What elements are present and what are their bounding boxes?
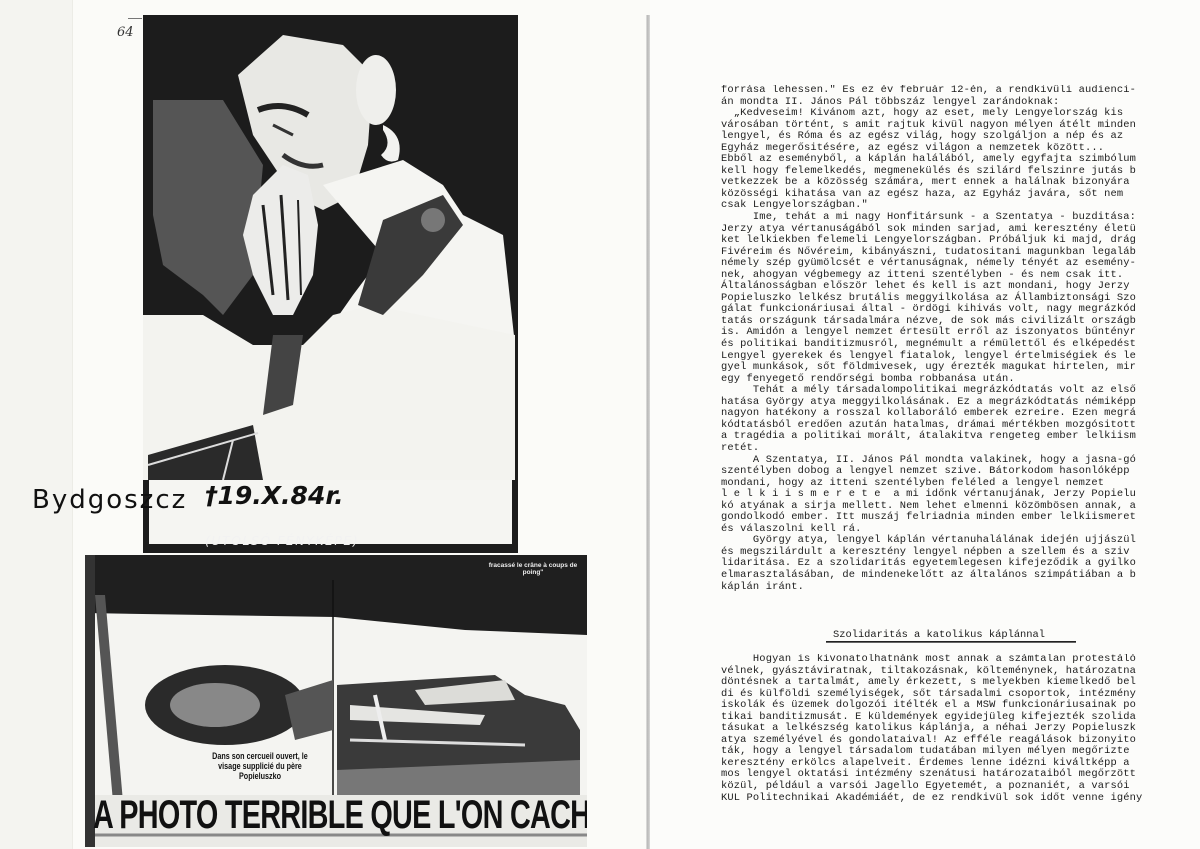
caption-city: Bydgoszcz bbox=[32, 485, 187, 515]
text-line: KUL Politechnikai Akadémiáét, de ez rend… bbox=[721, 793, 1200, 805]
body-text-part1: forrása lehessen." És ez év február 12-é… bbox=[721, 85, 1200, 593]
text-line: közül, például a varsói Jagello Egyetemé… bbox=[721, 781, 1200, 793]
text-line: döntésnek a tartalmát, amely érkezett, s… bbox=[721, 677, 1200, 689]
text-line: káplán iránt. bbox=[721, 582, 1200, 594]
text-line: és politikai banditizmusról, megnémult a… bbox=[721, 339, 1200, 351]
text-line: ket lelkiekben felemeli Lengyelországban… bbox=[721, 235, 1200, 247]
text-line: elmarasztalásában, de mindenekelőtt az á… bbox=[721, 570, 1200, 582]
caption-date: †19.X.84r. bbox=[205, 481, 344, 510]
body-text-part2: Hogyan is kivonatolhatnánk most annak a … bbox=[721, 654, 1200, 804]
text-line: „Kedveseim! Kivánom azt, hogy az eset, m… bbox=[721, 108, 1200, 120]
text-line: lengyel, és Róma és az egész világ, hogy… bbox=[721, 131, 1200, 143]
text-line: retét. bbox=[721, 443, 1200, 455]
scan-edge bbox=[0, 0, 73, 849]
newspaper-headline: A PHOTO TERRIBLE QUE L'ON CACHE AU PAPE bbox=[93, 793, 453, 837]
text-line: a tragédia a politikai morált, átalakitv… bbox=[721, 431, 1200, 443]
caption-note: (UTOLSÓ FÉNYKÉPE) bbox=[205, 533, 359, 548]
text-line: forrása lehessen." És ez év február 12-é… bbox=[721, 85, 1200, 97]
sub-caption: Dans son cercueil ouvert, le visage supp… bbox=[200, 751, 320, 781]
text-line: gyel munkások, sőt földmivesek, ugy érez… bbox=[721, 362, 1200, 374]
text-line: l e l k i i s m e r e t e a mi időnk vér… bbox=[721, 489, 1200, 501]
newspaper-clipping: fracassé le crâne à coups de poing" Dans… bbox=[85, 555, 587, 847]
text-line: iskolák és üzemek dolgozói itélték el a … bbox=[721, 700, 1200, 712]
text-line: szentélyben dobog a lengyel nemzet szive… bbox=[721, 466, 1200, 478]
inset-caption: fracassé le crâne à coups de poing" bbox=[487, 562, 579, 576]
page-number-mark bbox=[128, 18, 142, 19]
photo-priest-image bbox=[143, 15, 518, 553]
text-line: Ime, tehát a mi nagy Honfitársunk - a Sz… bbox=[721, 212, 1200, 224]
page-number: 64 bbox=[117, 25, 134, 40]
photo-priest-praying bbox=[143, 15, 518, 553]
text-line: Hogyan is kivonatolhatnánk most annak a … bbox=[721, 654, 1200, 666]
left-page: 64 bbox=[0, 0, 650, 849]
section-heading: Szolidaritás a katolikus káplánnal bbox=[833, 629, 1045, 641]
section-heading-underline bbox=[826, 641, 1076, 643]
